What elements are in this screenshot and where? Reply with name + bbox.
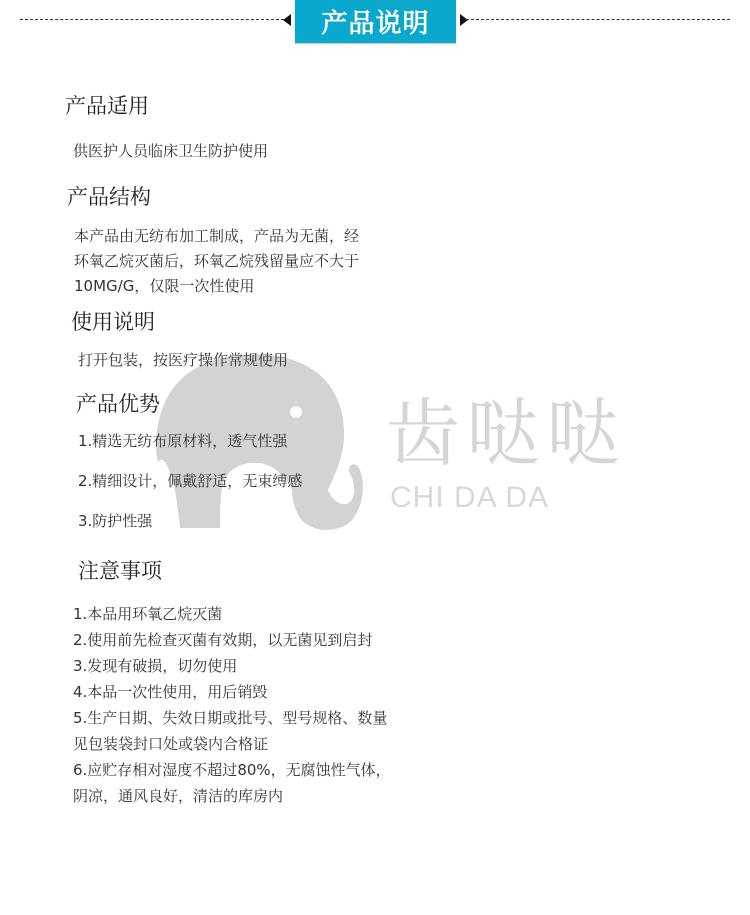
dashed-divider-right [466,19,730,20]
heading-usage: 使用说明 [71,309,155,335]
advantage-item: 3.防护性强 [78,509,152,534]
advantage-item: 1.精选无纺布原材料，透气性强 [78,429,287,454]
heading-applicable: 产品适用 [65,93,149,119]
applicable-text: 供医护人员临床卫生防护使用 [73,139,268,164]
precaution-line: 2.使用前先检查灭菌有效期，以无菌见到启封 [73,627,372,653]
banner-title: 产品说明 [321,3,429,40]
heading-advantages: 产品优势 [76,391,160,417]
dashed-divider-left [20,19,284,20]
precaution-line: 6.应贮存相对湿度不超过80%，无腐蚀性气体， [73,757,391,783]
arrow-right-icon [460,14,468,26]
structure-line: 10MG/G，仅限一次性使用 [74,274,254,299]
heading-precautions: 注意事项 [78,558,162,584]
usage-text: 打开包装，按医疗操作常规使用 [78,348,288,373]
brand-name-cn: 齿哒哒 [386,392,626,476]
precaution-line: 4.本品一次性使用，用后销毁 [73,679,267,705]
arrow-left-icon [283,14,291,26]
precaution-line: 1.本品用环氧乙烷灭菌 [73,601,222,627]
structure-line: 环氧乙烷灭菌后，环氧乙烷残留量应不大于 [74,249,359,274]
brand-name-en: CHI DA DA [390,481,549,515]
precaution-line: 5.生产日期、失效日期或批号、型号规格、数量 [73,705,387,731]
banner-title-box: 产品说明 [295,0,456,43]
structure-line: 本产品由无纺布加工制成，产品为无菌，经 [74,224,359,249]
precaution-line: 见包装袋封口处或袋内合格证 [73,731,268,757]
precaution-line: 3.发现有破损，切勿使用 [73,653,237,679]
advantage-item: 2.精细设计，佩戴舒适，无束缚感 [78,469,302,494]
heading-structure: 产品结构 [67,184,151,210]
precaution-line: 阴凉，通风良好，清洁的库房内 [73,783,283,809]
